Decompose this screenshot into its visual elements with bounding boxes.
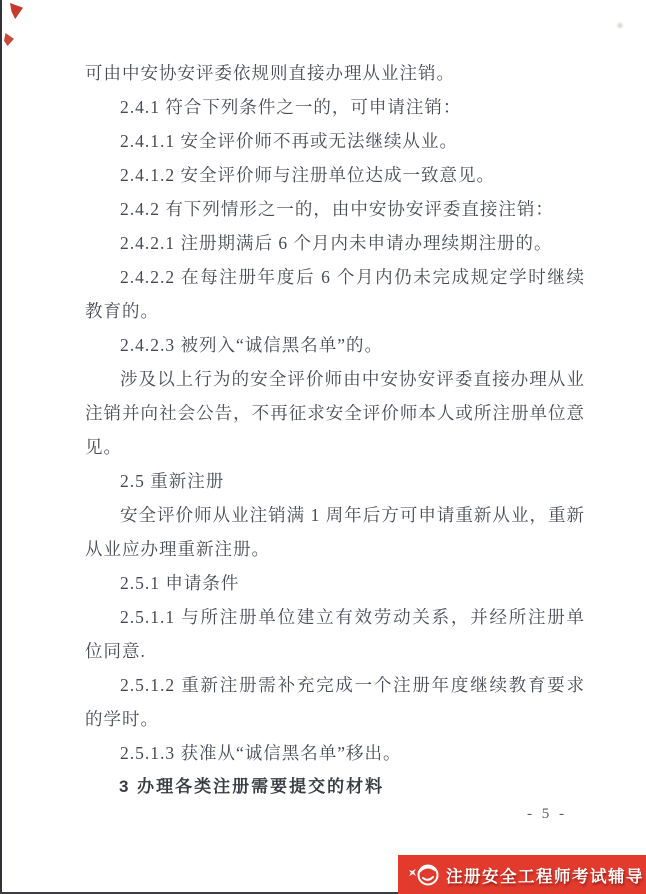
- paragraph-line: 可由中安协安评委依规则直接办理从业注销。: [85, 56, 585, 90]
- paragraph-line: 2.5.1.3 获准从“诚信黑名单”移出。: [85, 736, 585, 770]
- paragraph-line: 2.4.2.1 注册期满后 6 个月内未申请办理续期注册的。: [85, 226, 585, 260]
- paragraph-line: 2.5 重新注册: [85, 464, 585, 498]
- scan-stain: [616, 22, 624, 29]
- red-pen-mark-icon: [4, 33, 14, 46]
- paragraph-line: 2.4.2 有下列情形之一的，由中安协安评委直接注销：: [85, 192, 585, 226]
- scanned-document-page: 可由中安协安评委依规则直接办理从业注销。2.4.1 符合下列条件之一的，可申请注…: [0, 0, 646, 894]
- paragraph-line: 涉及以上行为的安全评价师由中安协安评委直接办理从业注销并向社会公告，不再征求安全…: [85, 362, 585, 464]
- paragraph-line: 2.5.1 申请条件: [85, 566, 585, 600]
- paragraph-line: 2.5.1.2 重新注册需补充完成一个注册年度继续教育要求的学时。: [85, 668, 585, 736]
- mascot-badge-icon: [404, 861, 442, 889]
- paragraph-line: 2.4.2.3 被列入“诚信黑名单”的。: [85, 328, 585, 362]
- watermark-banner: 注册安全工程师考试辅导: [398, 855, 646, 894]
- paragraph-line: 2.4.1.2 安全评价师与注册单位达成一致意见。: [85, 158, 585, 192]
- paragraph-line: 2.4.1.1 安全评价师不再或无法继续从业。: [85, 124, 585, 158]
- scan-left-edge: [0, 0, 2, 894]
- red-pen-mark-icon: [10, 3, 23, 19]
- paragraph-line: 安全评价师从业注销满 1 周年后方可申请重新从业，重新从业应办理重新注册。: [85, 498, 585, 566]
- watermark-label: 注册安全工程师考试辅导: [446, 863, 644, 887]
- paragraph-line: 2.4.2.2 在每注册年度后 6 个月内仍未完成规定学时继续教育的。: [85, 260, 585, 328]
- paragraph-line: 2.5.1.1 与所注册单位建立有效劳动关系，并经所注册单位同意.: [85, 600, 585, 668]
- paragraph-line: 3 办理各类注册需要提交的材料: [85, 770, 585, 804]
- document-body: 可由中安协安评委依规则直接办理从业注销。2.4.1 符合下列条件之一的，可申请注…: [85, 56, 585, 804]
- paragraph-line: 2.4.1 符合下列条件之一的，可申请注销：: [85, 90, 585, 124]
- page-number: - 5 -: [527, 806, 567, 823]
